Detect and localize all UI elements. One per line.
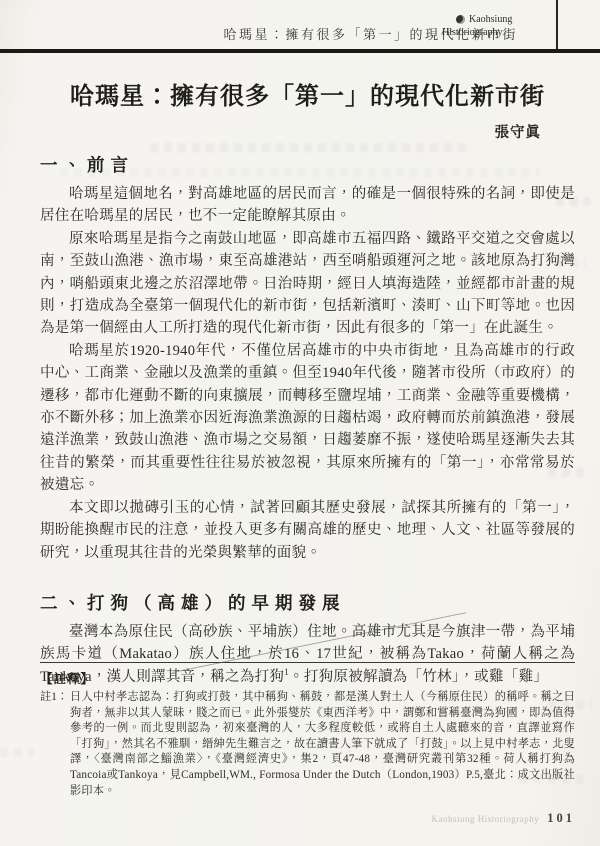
- footnote-item-1: 註1： 日人中村孝志認為：打狗或打鼓，其中稱狗、稱鼓，都是漢人對土人（今稱原住民…: [40, 690, 575, 799]
- section-heading-1: 一、前言: [40, 152, 575, 177]
- section-heading-2: 二、打狗（高雄）的早期發展: [40, 590, 575, 615]
- paragraph: 原來哈瑪星是指今之南鼓山地區，即高雄市五福四路、鐵路平交道之交會處以南，至鼓山漁…: [40, 228, 575, 340]
- article-body: 哈瑪星：擁有很多「第一」的現代化新市街 張守眞 一、前言 哈瑪星這個地名，對高雄…: [40, 76, 575, 688]
- header-vertical-divider: [556, 0, 558, 49]
- paragraph: 哈瑪星於1920-1940年代，不僅位居高雄市的中央市街地，且為高雄市的行政中心…: [40, 340, 575, 497]
- footnotes-divider: [40, 662, 575, 663]
- footer-bleedthrough-text: Kaohsiung Historiography: [432, 814, 540, 824]
- footnotes-heading: 【註釋】: [40, 669, 575, 687]
- footnote-label: 註1：: [40, 690, 70, 706]
- paragraph: 本文即以拋磚引玉的心情，試著回顧其歷史發展，試探其所擁有的「第一」，期盼能換醒市…: [40, 497, 575, 564]
- journal-logo-line1: Kaohsiung: [469, 13, 512, 26]
- header-horizontal-rule: [0, 49, 600, 53]
- article-author: 張守眞: [40, 121, 541, 142]
- footnote-text: 日人中村孝志認為：打狗或打鼓，其中稱狗、稱鼓，都是漢人對土人（今稱原住民）的稱呼…: [70, 690, 575, 799]
- page-header: 哈瑪星：擁有很多「第一」的現代化新市街 Kaohsiung Historiogr…: [0, 0, 600, 49]
- page-number: 101: [547, 811, 575, 826]
- paragraph: 哈瑪星這個地名，對高雄地區的居民而言，的確是一個很特殊的名詞，即使是居住在哈瑪星…: [40, 183, 575, 228]
- journal-logo-icon: [456, 15, 465, 24]
- page-footer: Kaohsiung Historiography 101: [432, 811, 576, 826]
- bleedthrough-artifact: [0, 748, 34, 757]
- journal-logo-line2: Historiography: [442, 26, 552, 39]
- journal-logo: Kaohsiung Historiography: [442, 13, 552, 39]
- scanned-document-page: { "header": { "running_title": "哈瑪星：擁有很多…: [0, 0, 600, 846]
- article-title: 哈瑪星：擁有很多「第一」的現代化新市街: [40, 76, 575, 111]
- footnotes-block: 【註釋】 註1： 日人中村孝志認為：打狗或打鼓，其中稱狗、稱鼓，都是漢人對土人（…: [40, 662, 575, 799]
